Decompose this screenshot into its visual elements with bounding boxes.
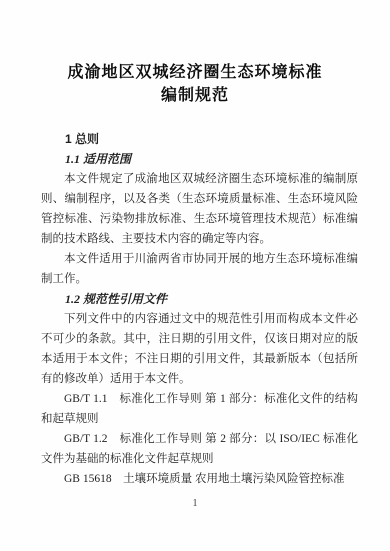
reference-gbt-1-2: GB/T 1.2 标准化工作导则 第 2 部分：以 ISO/IEC 标准化文件为… [41, 429, 358, 469]
reference-gbt-1-1: GB/T 1.1 标准化工作导则 第 1 部分：标准化文件的结构和起草规则 [41, 389, 358, 429]
document-title-line-1: 成渝地区双城经济圈生态环境标准 [0, 61, 390, 84]
document-body: 1 总则 1.1 适用范围 本文件规定了成渝地区双城经济圈生态环境标准的编制原则… [41, 129, 358, 489]
subsection-heading-normative-references: 1.2 规范性引用文件 [41, 289, 358, 309]
document-page: 成渝地区双城经济圈生态环境标准 编制规范 1 总则 1.1 适用范围 本文件规定… [0, 0, 390, 551]
document-title-line-2: 编制规范 [0, 84, 390, 107]
subsection-heading-scope: 1.1 适用范围 [41, 149, 358, 169]
page-number: 1 [0, 498, 390, 509]
document-title: 成渝地区双城经济圈生态环境标准 编制规范 [0, 0, 390, 107]
reference-gb-15618: GB 15618 土壤环境质量 农用地土壤污染风险管控标准 [41, 469, 358, 489]
paragraph-applicability: 本文件适用于川渝两省市协同开展的地方生态环境标准编制工作。 [41, 249, 358, 289]
section-heading-general-provisions: 1 总则 [41, 129, 358, 149]
paragraph-references-intro: 下列文件中的内容通过文中的规范性引用而构成本文件必不可少的条款。其中，注日期的引… [41, 309, 358, 389]
paragraph-scope-description: 本文件规定了成渝地区双城经济圈生态环境标准的编制原则、编制程序，以及各类（生态环… [41, 169, 358, 249]
